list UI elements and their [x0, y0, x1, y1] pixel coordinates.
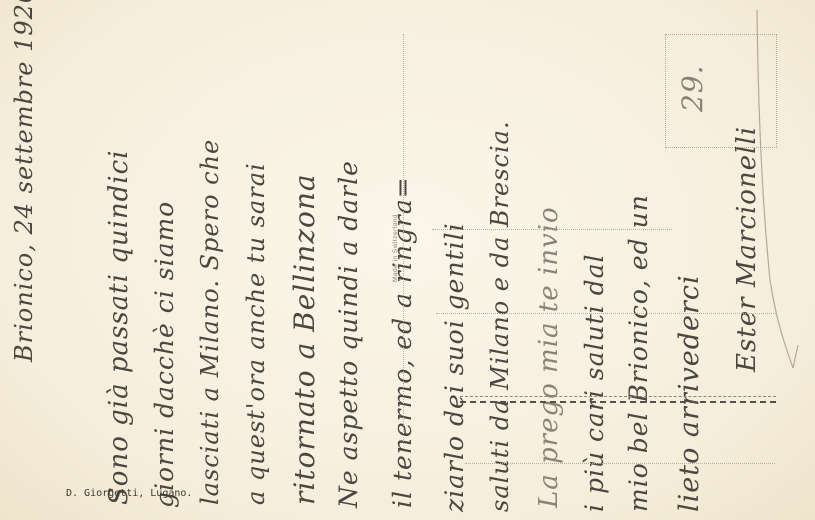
address-rule-1: [432, 229, 672, 230]
postcard-back: Brionico, 24 settembre 1926 Sono già pas…: [0, 0, 815, 520]
address-rule-3: [465, 463, 775, 464]
address-rule-2: [436, 313, 776, 314]
pencil-margin-line: [0, 0, 815, 520]
publisher-imprint: D. Giorgetti, Lugano.: [66, 488, 192, 499]
center-divider: [403, 34, 404, 444]
address-double-rule: [460, 396, 776, 403]
made-in-label: Made in Switzerland: [392, 214, 399, 282]
